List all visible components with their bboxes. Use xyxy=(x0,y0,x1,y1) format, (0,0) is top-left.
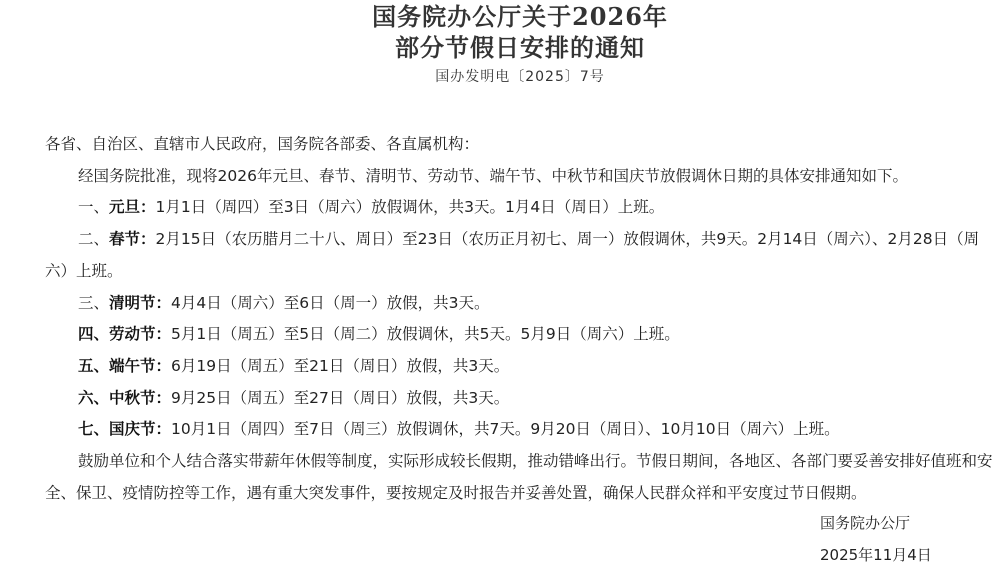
holiday-text: 6月19日（周五）至21日（周日）放假，共3天。 xyxy=(171,357,509,375)
holiday-name: 春节： xyxy=(109,230,156,248)
holiday-text: 1月1日（周四）至3日（周六）放假调休，共3天。1月4日（周日）上班。 xyxy=(156,198,665,216)
holiday-item-qingming: 三、清明节：4月4日（周六）至6日（周一）放假，共3天。 xyxy=(45,288,1000,320)
holiday-item-spring-festival: 二、春节：2月15日（农历腊月二十八、周日）至23日（农历正月初七、周一）放假调… xyxy=(45,224,993,287)
holiday-text: 9月25日（周五）至27日（周日）放假，共3天。 xyxy=(171,389,509,407)
holiday-name: 国庆节： xyxy=(109,420,171,438)
holiday-item-mid-autumn: 六、中秋节：9月25日（周五）至27日（周日）放假，共3天。 xyxy=(45,383,1000,415)
holiday-text: 10月1日（周四）至7日（周三）放假调休，共7天。9月20日（周日）、10月10… xyxy=(171,420,840,438)
signature: 国务院办公厅 xyxy=(820,512,910,533)
document-number: 国办发明电〔2025〕7号 xyxy=(0,66,1001,86)
document-title-line-2: 部分节假日安排的通知 xyxy=(0,33,1001,63)
holiday-number: 二、 xyxy=(78,230,109,248)
holiday-number: 六、 xyxy=(78,389,109,407)
intro-paragraph: 经国务院批准，现将2026年元旦、春节、清明节、劳动节、端午节、中秋节和国庆节放… xyxy=(45,161,1000,193)
holiday-item-labor-day: 四、劳动节：5月1日（周五）至5日（周二）放假调休，共5天。5月9日（周六）上班… xyxy=(45,319,1000,351)
holiday-text: 2月15日（农历腊月二十八、周日）至23日（农历正月初七、周一）放假调休，共9天… xyxy=(45,230,979,280)
holiday-item-dragon-boat: 五、端午节：6月19日（周五）至21日（周日）放假，共3天。 xyxy=(45,351,1000,383)
holiday-name: 端午节： xyxy=(109,357,171,375)
holiday-item-new-year: 一、元旦：1月1日（周四）至3日（周六）放假调休，共3天。1月4日（周日）上班。 xyxy=(45,192,1000,224)
document-body: 各省、自治区、直辖市人民政府，国务院各部委、各直属机构： 经国务院批准，现将20… xyxy=(45,129,1000,509)
holiday-number: 五、 xyxy=(78,357,109,375)
holiday-text: 5月1日（周五）至5日（周二）放假调休，共5天。5月9日（周六）上班。 xyxy=(171,325,680,343)
holiday-name: 元旦： xyxy=(109,198,156,216)
holiday-name: 清明节： xyxy=(109,294,171,312)
closing-text: 鼓励单位和个人结合落实带薪年休假等制度，实际形成较长假期，推动错峰出行。节假日期… xyxy=(45,452,993,502)
salutation: 各省、自治区、直辖市人民政府，国务院各部委、各直属机构： xyxy=(45,129,1000,161)
holiday-name: 劳动节： xyxy=(109,325,171,343)
holiday-number: 三、 xyxy=(78,294,109,312)
holiday-number: 四、 xyxy=(78,325,109,343)
holiday-name: 中秋节： xyxy=(109,389,171,407)
holiday-item-national-day: 七、国庆节：10月1日（周四）至7日（周三）放假调休，共7天。9月20日（周日）… xyxy=(45,414,1000,446)
holiday-text: 4月4日（周六）至6日（周一）放假，共3天。 xyxy=(171,294,489,312)
document-title-line-1: 国务院办公厅关于2026年 xyxy=(0,2,1001,32)
holiday-number: 一、 xyxy=(78,198,109,216)
issue-date: 2025年11月4日 xyxy=(820,544,932,565)
closing-paragraph: 鼓励单位和个人结合落实带薪年休假等制度，实际形成较长假期，推动错峰出行。节假日期… xyxy=(45,446,993,509)
holiday-number: 七、 xyxy=(78,420,109,438)
